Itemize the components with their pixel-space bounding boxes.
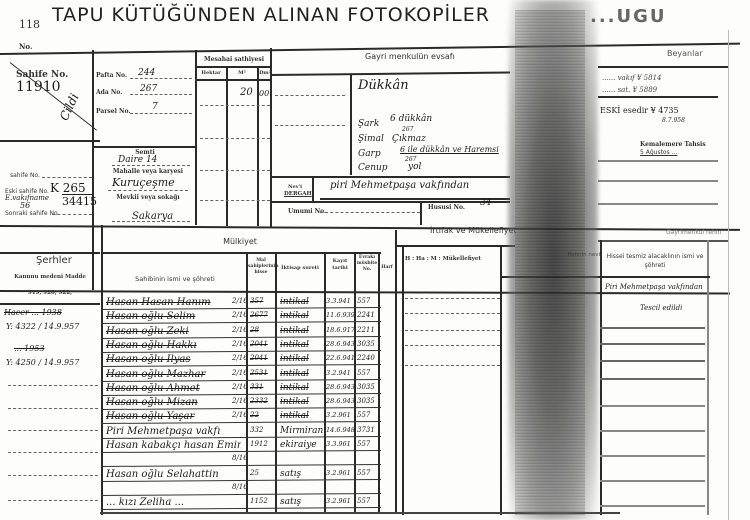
owner-name: Hasan Hasan Hanım xyxy=(106,297,241,308)
gayri-menkul-title: Gayri menkulün evsafı xyxy=(365,52,455,61)
rehin-entry-2: Tescil edildi xyxy=(640,304,682,312)
nevi-label: Nev'i xyxy=(280,184,310,190)
nevi-text: piri Mehmetpaşa vakfından xyxy=(330,180,469,191)
sahife-no-value: 11910 xyxy=(16,79,61,95)
mesaha-title: Mesahai sathiyesi xyxy=(196,56,272,63)
pafta-value: 244 xyxy=(138,68,155,78)
property-type: Dükkân xyxy=(358,78,409,93)
hususi-value: 34 xyxy=(480,198,491,208)
beyanlar-title: Beyanlar xyxy=(667,49,703,58)
beyanlar-line-2: ...... sat. ¥ 5889 xyxy=(602,86,657,94)
owner-name: Hasan oğlu Ahmet xyxy=(106,383,241,394)
owner-share-no: 332 xyxy=(250,426,275,434)
beyanlar-line-1: ...... vakıf ¥ 5814 xyxy=(602,74,662,82)
owner-share: 2/16 xyxy=(232,311,246,319)
serh-entry-4: Y: 4250 / 14.9.957 xyxy=(6,358,79,367)
owner-name: Hasan oğlu Mizan xyxy=(106,397,241,408)
registration-date: 3.2.961 xyxy=(326,469,354,477)
registration-date: 22.6.941 xyxy=(326,354,354,362)
document-no: 2241 xyxy=(357,311,379,319)
acquisition-type: intikal xyxy=(280,411,324,421)
cenup-label: Cenup xyxy=(358,163,388,173)
registration-date: 14.6.948 xyxy=(326,426,354,434)
mahalle-label: Mahalle veya karyesi xyxy=(108,168,188,175)
sark-note: 267 xyxy=(402,126,413,133)
sahife-no-label-2: sahife No. xyxy=(10,172,40,179)
registration-date: 28.6.943 xyxy=(326,397,354,405)
pafta-label: Pafta No. xyxy=(96,72,127,79)
mulkiyet-title: Mülkiyet xyxy=(200,237,280,246)
document-no: 3731 xyxy=(357,426,379,434)
owner-share: 2/16 xyxy=(232,397,246,405)
registration-date: 3.3.941 xyxy=(326,297,354,305)
eski-sahife-value-top: K 265 xyxy=(50,181,86,195)
registration-date: 3.2.961 xyxy=(326,411,354,419)
ada-label: Ada No. xyxy=(96,89,122,96)
owner-share-no: 22 xyxy=(250,411,275,419)
owner-share: 2/16 xyxy=(232,326,246,334)
beyanlar-line-4: 8.7.958 xyxy=(662,117,685,124)
mesaha-m2-value: 20 xyxy=(240,87,253,98)
parsel-value: 7 xyxy=(152,102,158,112)
owner-share-no: 357 xyxy=(250,297,275,305)
serhler-subtitle: Kanunu medeni Madde xyxy=(10,274,90,280)
acquisition-type: intikal xyxy=(280,397,324,407)
owner-name: Hasan oğlu Mazhar xyxy=(106,369,241,380)
irtifak-title: İrtifak ve Mükellefiyet xyxy=(430,226,517,235)
owner-share-no: 1912 xyxy=(250,440,275,448)
mahalle-value: Kuruçeşme xyxy=(112,176,175,189)
rehin-title: Gayrimenkul rehin xyxy=(666,229,721,236)
owner-name: Hasan kabakçı hasan Emine xyxy=(106,440,241,451)
owner-share: 8/16 xyxy=(232,454,246,462)
owner-name: Hasan oğlu Yaşar xyxy=(106,411,241,422)
owner-name: Hasan oğlu Ilyas xyxy=(106,354,241,365)
mesaha-dm2-value: 00 xyxy=(259,89,269,98)
parsel-label: Parsel No. xyxy=(96,108,130,115)
document-no: 557 xyxy=(357,497,379,505)
handwritten-title: TAPU KÜTÜĞÜNDEN ALINAN FOTOKOPİLER xyxy=(52,4,490,26)
mesaha-hektar-header: Hektar xyxy=(196,70,226,76)
serh-entry-2: Y: 4322 / 14.9.957 xyxy=(6,322,79,331)
owner-name: Hasan oğlu Zeki xyxy=(106,326,241,337)
hususi-label: Hususi No. xyxy=(428,204,465,211)
simal-label: Şimal xyxy=(358,134,384,144)
rehin-hissesi-header: Hissei tesmiz alacaklının ismi ve şöhret… xyxy=(605,252,705,270)
serhler-title: Şerhler xyxy=(36,255,72,266)
owner-name: Piri Mehmetpaşa vakfı xyxy=(106,426,241,437)
beyanlar-line-3: ESKİ esedir ¥ 4735 xyxy=(600,106,679,115)
col-header-evrak: Evrakı müsbite No. xyxy=(355,255,379,273)
document-no: 2240 xyxy=(357,354,379,362)
photocopy-smudge-texture xyxy=(515,10,585,515)
nevi-value: DERGAH xyxy=(284,191,312,197)
owner-share: 2/16 xyxy=(232,369,246,377)
acquisition-type: ekiraiye xyxy=(280,440,324,450)
garp-value: 6 ile dükkân ve Haremsi xyxy=(400,145,499,154)
owner-share-no: 25 xyxy=(250,469,275,477)
document-no: 3035 xyxy=(357,397,379,405)
semti-value: Daire 14 xyxy=(118,155,157,165)
top-right-stamp: ...UGU xyxy=(590,6,667,27)
registration-date: 3.3.961 xyxy=(326,440,354,448)
owner-share: 2/16 xyxy=(232,411,246,419)
sark-value: 6 dükkân xyxy=(390,114,432,124)
cenup-value: yol xyxy=(408,162,421,172)
acquisition-type: intikal xyxy=(280,326,324,336)
owner-share-no: 2531 xyxy=(250,369,275,377)
acquisition-type: intikal xyxy=(280,354,324,364)
owner-name: ... kızı Zeliha ... xyxy=(106,497,241,508)
serhler-articles: 919, 920, 922, xyxy=(10,290,90,296)
document-no: 557 xyxy=(357,440,379,448)
owner-share-no: 331 xyxy=(250,383,275,391)
owner-share: 2/16 xyxy=(232,297,246,305)
owner-share-no: 1152 xyxy=(250,497,275,505)
mevkii-label: Mevkii veya sokağı xyxy=(108,194,188,201)
owner-share: 8/16 xyxy=(232,483,246,491)
document-no: 557 xyxy=(357,411,379,419)
sark-label: Şark xyxy=(358,119,379,129)
registration-date: 28.6.943 xyxy=(326,340,354,348)
owner-share-no: 2677 xyxy=(250,311,275,319)
acquisition-type: intikal xyxy=(280,297,324,307)
document-no: 557 xyxy=(357,469,379,477)
col-header-kayit: Kayıt tarihi xyxy=(326,258,354,272)
eski-sahife-extra: 56 xyxy=(20,201,30,210)
document-no: 3035 xyxy=(357,383,379,391)
no-label: No. xyxy=(19,42,32,51)
ada-value: 267 xyxy=(140,84,157,94)
owner-share-no: 28 xyxy=(250,326,275,334)
owner-share: 2/16 xyxy=(232,383,246,391)
registration-date: 11.6.939 xyxy=(326,311,354,319)
owner-share: 2/16 xyxy=(232,354,246,362)
col-header-iktisap: İktisap sureti xyxy=(276,265,324,271)
serh-entry-3: ... 1953 xyxy=(14,344,45,353)
acquisition-type: intikal xyxy=(280,311,324,321)
acquisition-type: intikal xyxy=(280,369,324,379)
owner-share-no: 2041 xyxy=(250,340,275,348)
col-header-harf: Harf xyxy=(379,265,395,270)
document-no: 557 xyxy=(357,297,379,305)
acquisition-type: satış xyxy=(280,497,324,507)
beyanlar-stamp-text: 5 Ağustos ... xyxy=(640,149,677,156)
acquisition-type: Mirmiran xyxy=(280,426,324,436)
document-no: 2211 xyxy=(357,326,379,334)
mesaha-m2-header: M² xyxy=(227,70,257,76)
document-no: 3035 xyxy=(357,340,379,348)
owner-name: Hasan oğlu Selahattin xyxy=(106,469,241,480)
eski-sahife-value-bottom: 34415 xyxy=(62,195,97,208)
irtifak-hhm-header: H : Ha : M : Mükellefiyet xyxy=(405,256,481,262)
serh-entry-1: Hacer ... 1938 xyxy=(4,308,62,317)
acquisition-type: intikal xyxy=(280,383,324,393)
rehin-entry-1: Piri Mehmetpaşa vakfından xyxy=(605,283,703,291)
beyanlar-stamp-title: Kemalemere Tahsis xyxy=(640,141,706,148)
acquisition-type: intikal xyxy=(280,340,324,350)
registration-date: 3.2.961 xyxy=(326,497,354,505)
registration-date: 28.6.943 xyxy=(326,383,354,391)
document-no: 557 xyxy=(357,369,379,377)
acquisition-type: satış xyxy=(280,469,324,479)
owner-share-no: 2041 xyxy=(250,354,275,362)
registration-date: 3.2.941 xyxy=(326,369,354,377)
owner-share-no: 2332 xyxy=(250,397,275,405)
col-header-hisse: Mal sahiplerinin hisse xyxy=(248,258,274,276)
cildi-stamp: Cildi xyxy=(57,91,82,123)
owner-name: Hasan oğlu Hakkı xyxy=(106,340,241,351)
owner-share: 2/16 xyxy=(232,340,246,348)
simal-value: Çıkmaz xyxy=(392,134,426,144)
owner-name: Hasan oğlu Selim xyxy=(106,311,241,322)
registration-date: 18.6.917 xyxy=(326,326,354,334)
page-number: 118 xyxy=(19,18,40,31)
col-header-name: Sahibinin ismi ve şöhreti xyxy=(110,275,240,283)
garp-label: Garp xyxy=(358,149,381,159)
